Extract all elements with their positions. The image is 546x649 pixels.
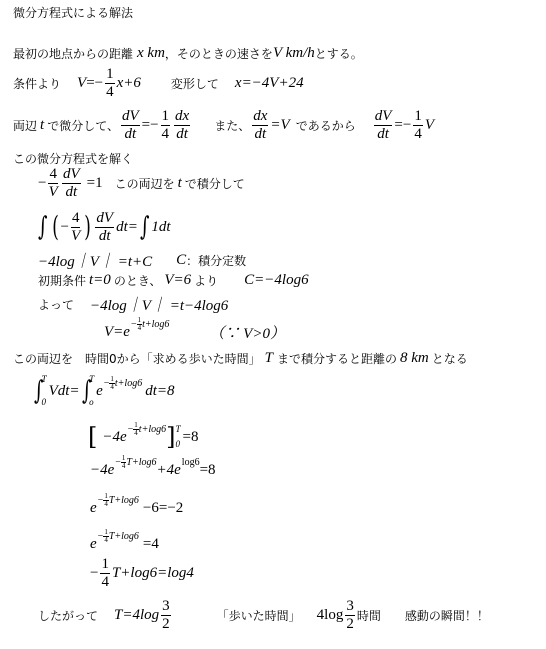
condition-label: 条件より xyxy=(13,75,61,92)
math: x+6 xyxy=(117,75,141,92)
math: =4 xyxy=(143,536,159,553)
fraction: dVdt xyxy=(95,211,114,244)
math: e xyxy=(96,383,103,400)
fraction: 4V xyxy=(48,167,58,200)
integral-sign: ∫ xyxy=(140,214,149,240)
math: C xyxy=(176,252,186,269)
text: であるから xyxy=(296,117,356,134)
text: より xyxy=(194,272,218,289)
math: V=e xyxy=(104,324,130,341)
step-2: ∫ ( − 4V ) dVdt dt= ∫ 1dt xyxy=(36,208,171,246)
text: 「歩いた時間」 xyxy=(217,607,301,624)
text: したがって xyxy=(38,607,98,624)
fraction: 32 xyxy=(345,599,355,632)
step-4: 初期条件 t=0 のとき、 V=6 より C=−4log6 xyxy=(38,272,309,289)
math: −6=−2 xyxy=(143,500,183,517)
fraction: 14 xyxy=(161,109,171,142)
intro-line: 最初の地点からの距離 x km ，そのときの速さを V km/h とする。 xyxy=(13,45,363,62)
integrate-label: この両辺を 時間0から「求める歩いた時間」 T まで積分すると距離の 8 km … xyxy=(13,350,468,367)
math: − xyxy=(38,175,46,192)
integral-sign: ∫ xyxy=(34,378,43,404)
math: t xyxy=(178,175,182,192)
text: この微分方程式を解く xyxy=(13,150,133,167)
math: =V xyxy=(270,117,289,134)
condition-line: 条件より V =− 14 x+6 変形して x=−4V+24 xyxy=(13,66,304,100)
fraction: dxdt xyxy=(174,109,190,142)
math: =− xyxy=(86,75,103,92)
solve-label: この微分方程式を解く xyxy=(13,150,133,167)
math: dt= xyxy=(116,219,138,236)
text: となる xyxy=(432,350,468,367)
fraction: dVdt xyxy=(121,109,140,142)
math: =8 xyxy=(200,462,216,479)
math: 4log xyxy=(317,607,344,624)
math: V=6 xyxy=(164,272,191,289)
text: また、 xyxy=(214,117,250,134)
fraction: 14 xyxy=(413,109,423,142)
math: +4e xyxy=(157,462,181,479)
distance-variable: x km xyxy=(137,45,165,62)
fraction: 14 xyxy=(100,557,110,590)
math: e xyxy=(90,500,97,517)
math: =− xyxy=(142,117,159,134)
math: −4log｜V｜ =t+C xyxy=(38,250,152,271)
text: で積分して xyxy=(185,175,245,192)
math: x=−4V+24 xyxy=(235,75,304,92)
math: − xyxy=(60,219,68,236)
paren: ( xyxy=(52,213,59,241)
fraction: dxdt xyxy=(252,109,268,142)
math: T+log6=log4 xyxy=(112,565,194,582)
transform-label: 変形して xyxy=(171,75,219,92)
step-5: よって −4log｜V｜ =t−4log6 xyxy=(38,294,228,315)
step-6: V=e −14t+log6 （∵ V>0） xyxy=(104,322,285,343)
intro-text: 最初の地点からの距離 xyxy=(13,45,133,62)
math: =8 xyxy=(183,429,199,446)
math: 1dt xyxy=(151,219,170,236)
text: この両辺を 時間0から「求める歩いた時間」 xyxy=(13,350,261,367)
bracket: ] xyxy=(166,425,175,449)
math: Vdt= xyxy=(49,383,80,400)
math: −4e xyxy=(102,429,126,446)
paren: ) xyxy=(85,213,92,241)
text: で微分して、 xyxy=(47,117,119,134)
integral-sign: ∫ xyxy=(38,214,47,240)
math: V xyxy=(77,75,86,92)
step-7: ∫ T0 Vdt= ∫ To e −14t+log6 dt=8 xyxy=(32,372,175,410)
exponent: −14T+log6 xyxy=(98,493,139,508)
step-12: − 14 T+log6=log4 xyxy=(90,556,194,590)
math: C=−4log6 xyxy=(244,272,308,289)
math: T=4log xyxy=(114,607,159,624)
bracket-limits: T0 xyxy=(175,425,180,449)
math: =− xyxy=(394,117,411,134)
text: この両辺を xyxy=(115,175,175,192)
conclusion-line: したがって T=4log 32 「歩いた時間」 4log 32 時間 感動の瞬間… xyxy=(38,598,489,632)
math: 8 km xyxy=(400,350,429,367)
bracket: [ xyxy=(88,425,97,449)
math: （∵ V>0） xyxy=(209,322,285,343)
speed-variable: V km/h xyxy=(273,45,315,62)
step-1: − 4V dVdt =1 この両辺を t で積分して xyxy=(38,166,245,200)
text: 初期条件 xyxy=(38,272,86,289)
step-9: −4e −14T+log6 +4e log6 =8 xyxy=(90,462,216,479)
fraction: dVdt xyxy=(62,167,81,200)
text: のとき、 xyxy=(114,272,162,289)
text: よって xyxy=(38,296,74,313)
text: 感動の瞬間！！ xyxy=(405,607,489,624)
fraction: 14 xyxy=(105,67,115,100)
page-title: 微分方程式による解法 xyxy=(13,4,133,21)
math: e xyxy=(90,536,97,553)
fraction: 4V xyxy=(71,211,81,244)
differentiate-line: 両辺 t で微分して、 dVdt =− 14 dxdt また、 dxdt =V … xyxy=(13,108,434,142)
intro-text: とする。 xyxy=(315,45,363,62)
math: − xyxy=(90,565,98,582)
step-11: e −14T+log6 =4 xyxy=(90,536,159,553)
math: t=0 xyxy=(89,272,111,289)
math: =1 xyxy=(87,175,103,192)
title-text: 微分方程式による解法 xyxy=(13,4,133,21)
text: 時間 xyxy=(357,607,381,624)
exponent: −14t+log6 xyxy=(104,376,142,391)
step-8: [ −4e −14t+log6 ] T0 =8 xyxy=(88,422,198,452)
intro-text: ，そのときの速さを xyxy=(165,45,273,62)
math: −4log｜V｜ =t−4log6 xyxy=(90,294,228,315)
exponent: −14T+log6 xyxy=(98,529,139,544)
fraction: 32 xyxy=(161,599,171,632)
integral-sign: ∫ xyxy=(82,378,91,404)
exponent: −14T+log6 xyxy=(115,455,156,470)
math: T xyxy=(265,350,273,367)
text: 両辺 xyxy=(13,117,37,134)
math: t xyxy=(40,117,44,134)
text: ：積分定数 xyxy=(186,252,246,269)
exponent: −14t+log6 xyxy=(131,317,169,332)
exponent: −14t+log6 xyxy=(128,422,166,437)
step-10: e −14T+log6 −6=−2 xyxy=(90,500,183,517)
exponent: log6 xyxy=(182,457,200,468)
fraction: dVdt xyxy=(374,109,393,142)
math: V xyxy=(425,117,434,134)
text: まで積分すると距離の xyxy=(277,350,397,367)
math: −4e xyxy=(90,462,114,479)
step-3: −4log｜V｜ =t+C C ：積分定数 xyxy=(38,250,246,271)
math: dt=8 xyxy=(145,383,174,400)
